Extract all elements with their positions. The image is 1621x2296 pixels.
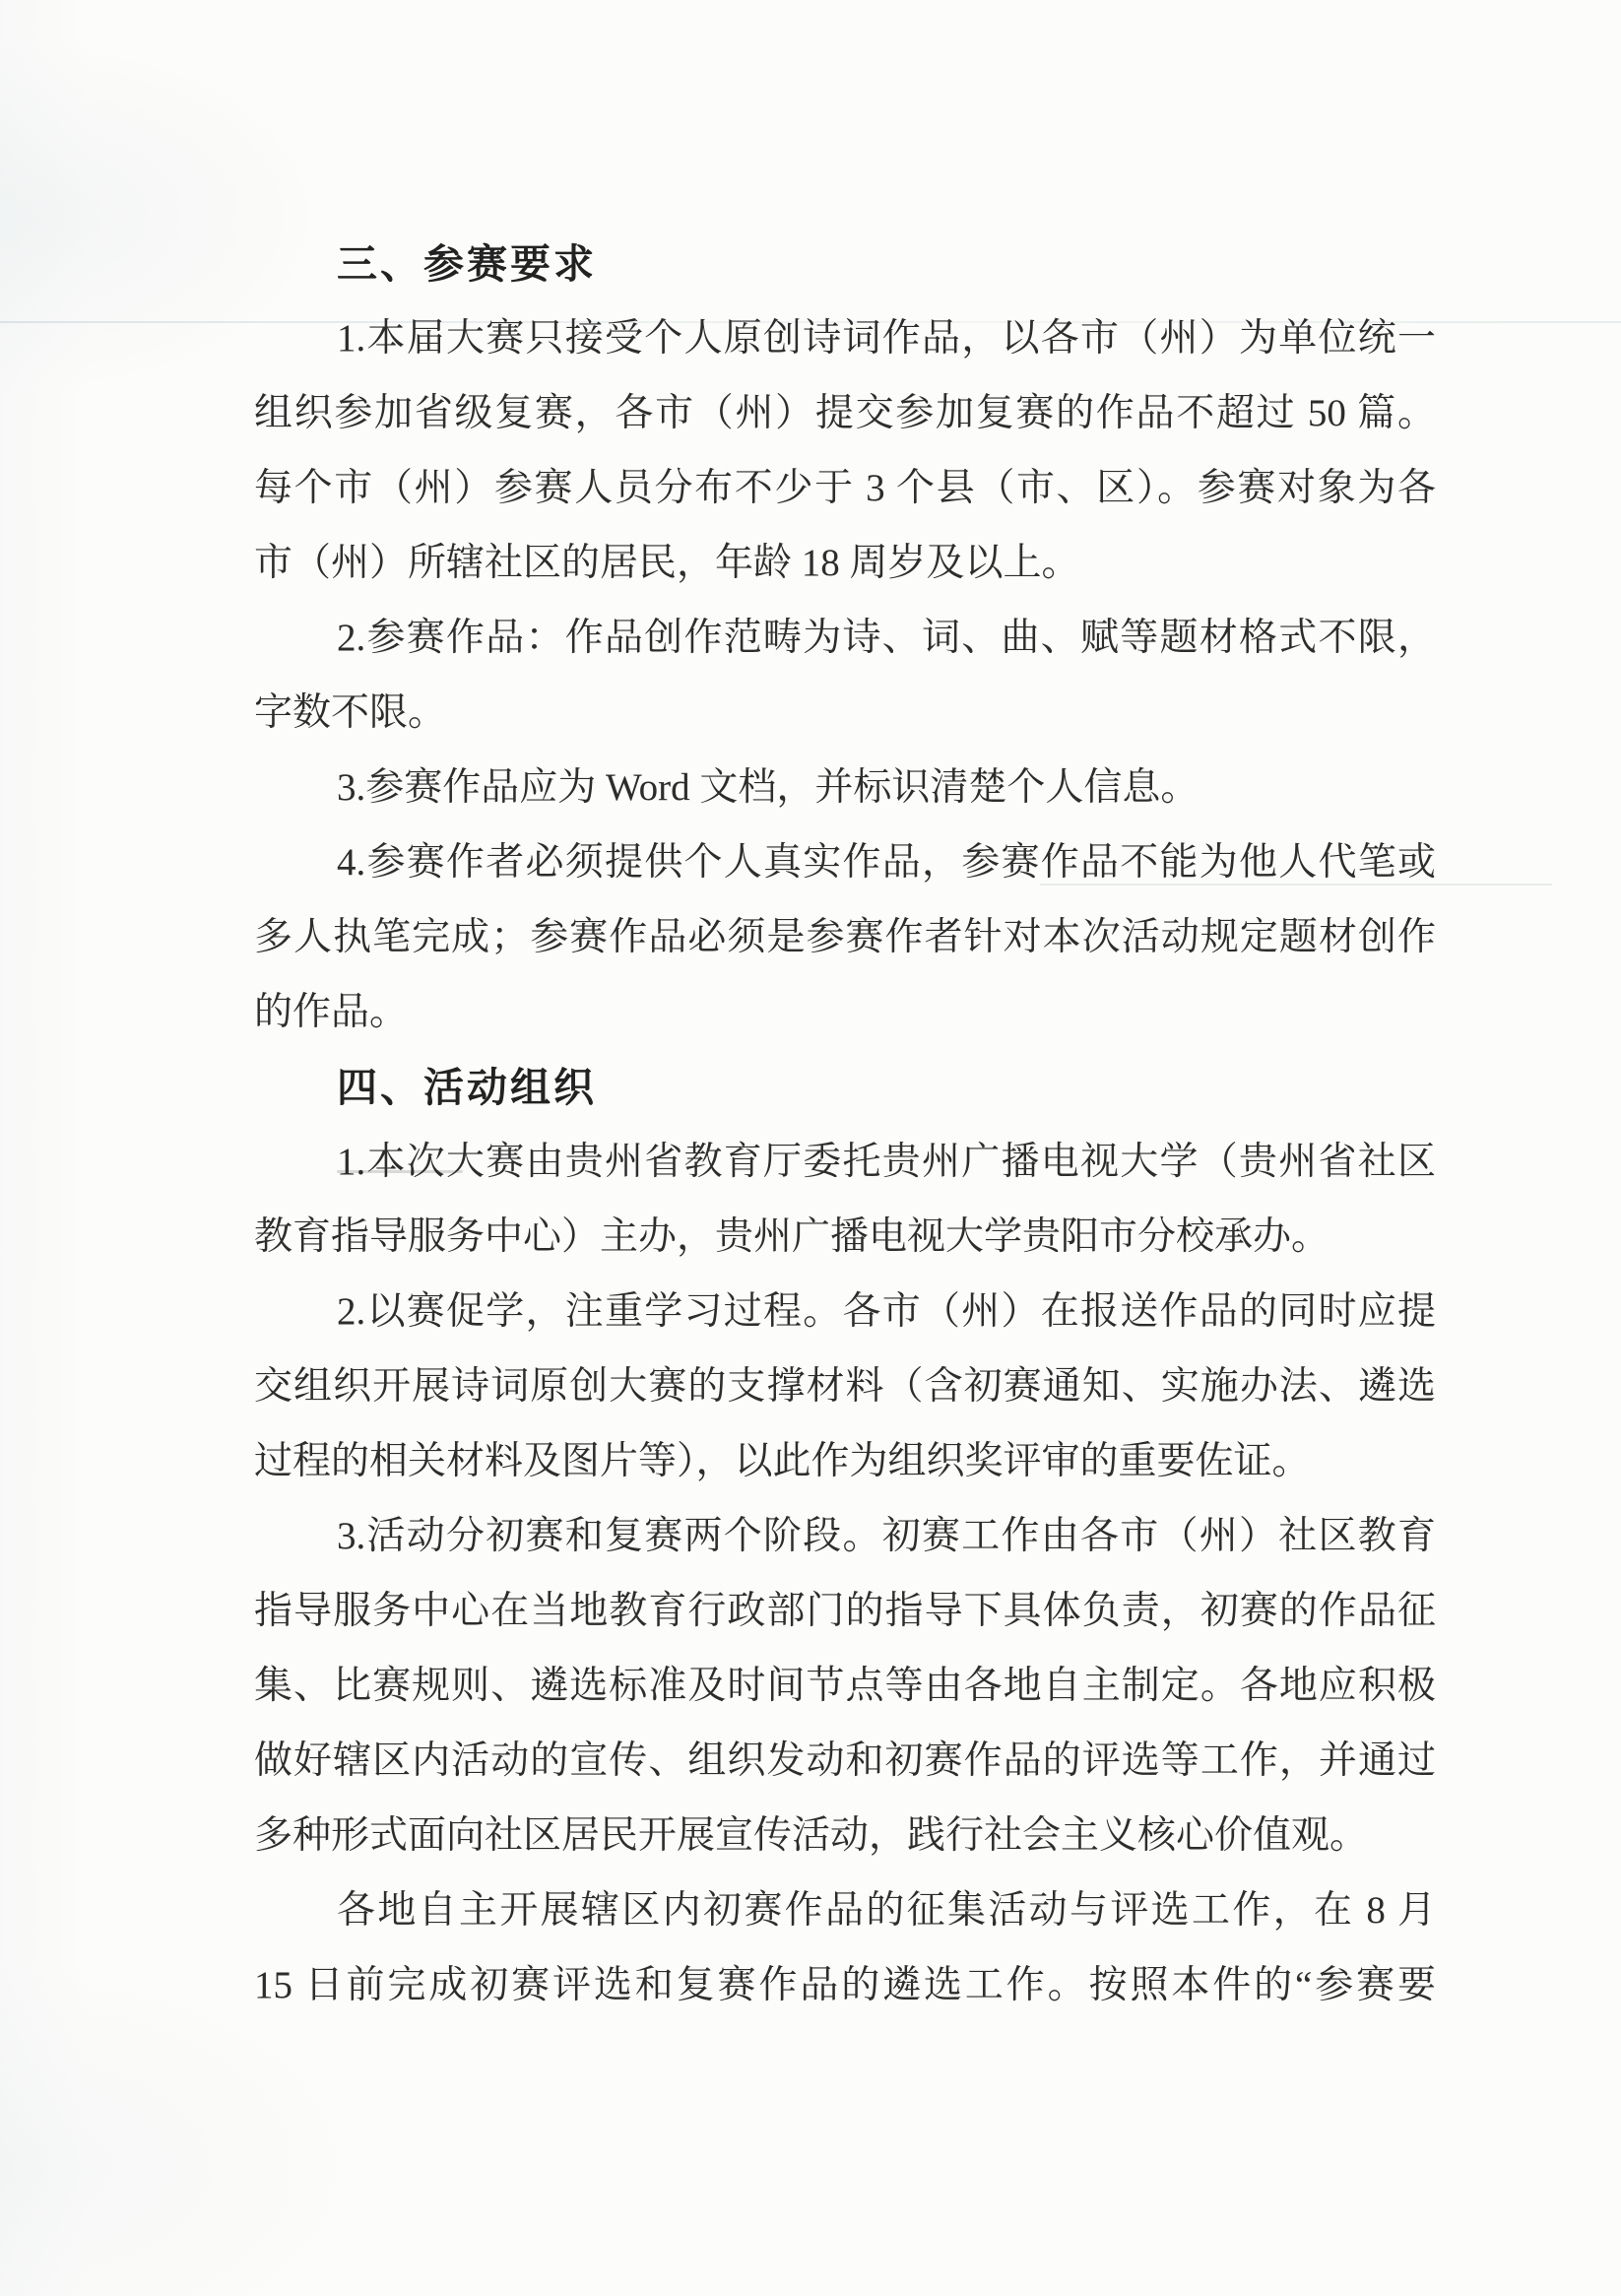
text-line: 1.本届大赛只接受个人原创诗词作品，以各市（州）为单位统一: [254, 301, 1436, 376]
text-line: 组织参加省级复赛，各市（州）提交参加复赛的作品不超过 50 篇。: [254, 376, 1436, 451]
text-line: 交组织开展诗词原创大赛的支撑材料（含初赛通知、实施办法、遴选: [254, 1349, 1436, 1424]
document-lines: 三、参赛要求1.本届大赛只接受个人原创诗词作品，以各市（州）为单位统一组织参加省…: [254, 227, 1436, 2023]
text-line: 各地自主开展辖区内初赛作品的征集活动与评选工作，在 8 月: [254, 1873, 1436, 1948]
document-page: 三、参赛要求1.本届大赛只接受个人原创诗词作品，以各市（州）为单位统一组织参加省…: [0, 0, 1621, 2296]
text-line: 2.参赛作品：作品创作范畴为诗、词、曲、赋等题材格式不限，: [254, 601, 1436, 676]
text-line: 多人执笔完成；参赛作品必须是参赛作者针对本次活动规定题材创作: [254, 900, 1436, 975]
text-line: 市（州）所辖社区的居民，年龄 18 周岁及以上。: [254, 526, 1436, 601]
section-heading: 四、活动组织: [254, 1050, 1436, 1125]
text-line: 3.活动分初赛和复赛两个阶段。初赛工作由各市（州）社区教育: [254, 1499, 1436, 1574]
text-line: 教育指导服务中心）主办，贵州广播电视大学贵阳市分校承办。: [254, 1200, 1436, 1275]
text-line: 每个市（州）参赛人员分布不少于 3 个县（市、区）。参赛对象为各: [254, 451, 1436, 526]
text-line: 过程的相关材料及图片等），以此作为组织奖评审的重要佐证。: [254, 1424, 1436, 1499]
text-line: 2.以赛促学，注重学习过程。各市（州）在报送作品的同时应提: [254, 1275, 1436, 1349]
text-line: 3.参赛作品应为 Word 文档，并标识清楚个人信息。: [254, 751, 1436, 825]
text-line: 指导服务中心在当地教育行政部门的指导下具体负责，初赛的作品征: [254, 1574, 1436, 1649]
text-line: 4.参赛作者必须提供个人真实作品，参赛作品不能为他人代笔或: [254, 825, 1436, 900]
text-line: 做好辖区内活动的宣传、组织发动和初赛作品的评选等工作，并通过: [254, 1724, 1436, 1799]
text-line: 的作品。: [254, 975, 1436, 1050]
section-heading: 三、参赛要求: [254, 227, 1436, 301]
text-line: 1.本次大赛由贵州省教育厅委托贵州广播电视大学（贵州省社区: [254, 1125, 1436, 1200]
text-line: 多种形式面向社区居民开展宣传活动，践行社会主义核心价值观。: [254, 1799, 1436, 1873]
text-line: 15 日前完成初赛评选和复赛作品的遴选工作。按照本件的“参赛要: [254, 1948, 1436, 2023]
text-line: 集、比赛规则、遴选标准及时间节点等由各地自主制定。各地应积极: [254, 1649, 1436, 1724]
text-line: 字数不限。: [254, 676, 1436, 751]
